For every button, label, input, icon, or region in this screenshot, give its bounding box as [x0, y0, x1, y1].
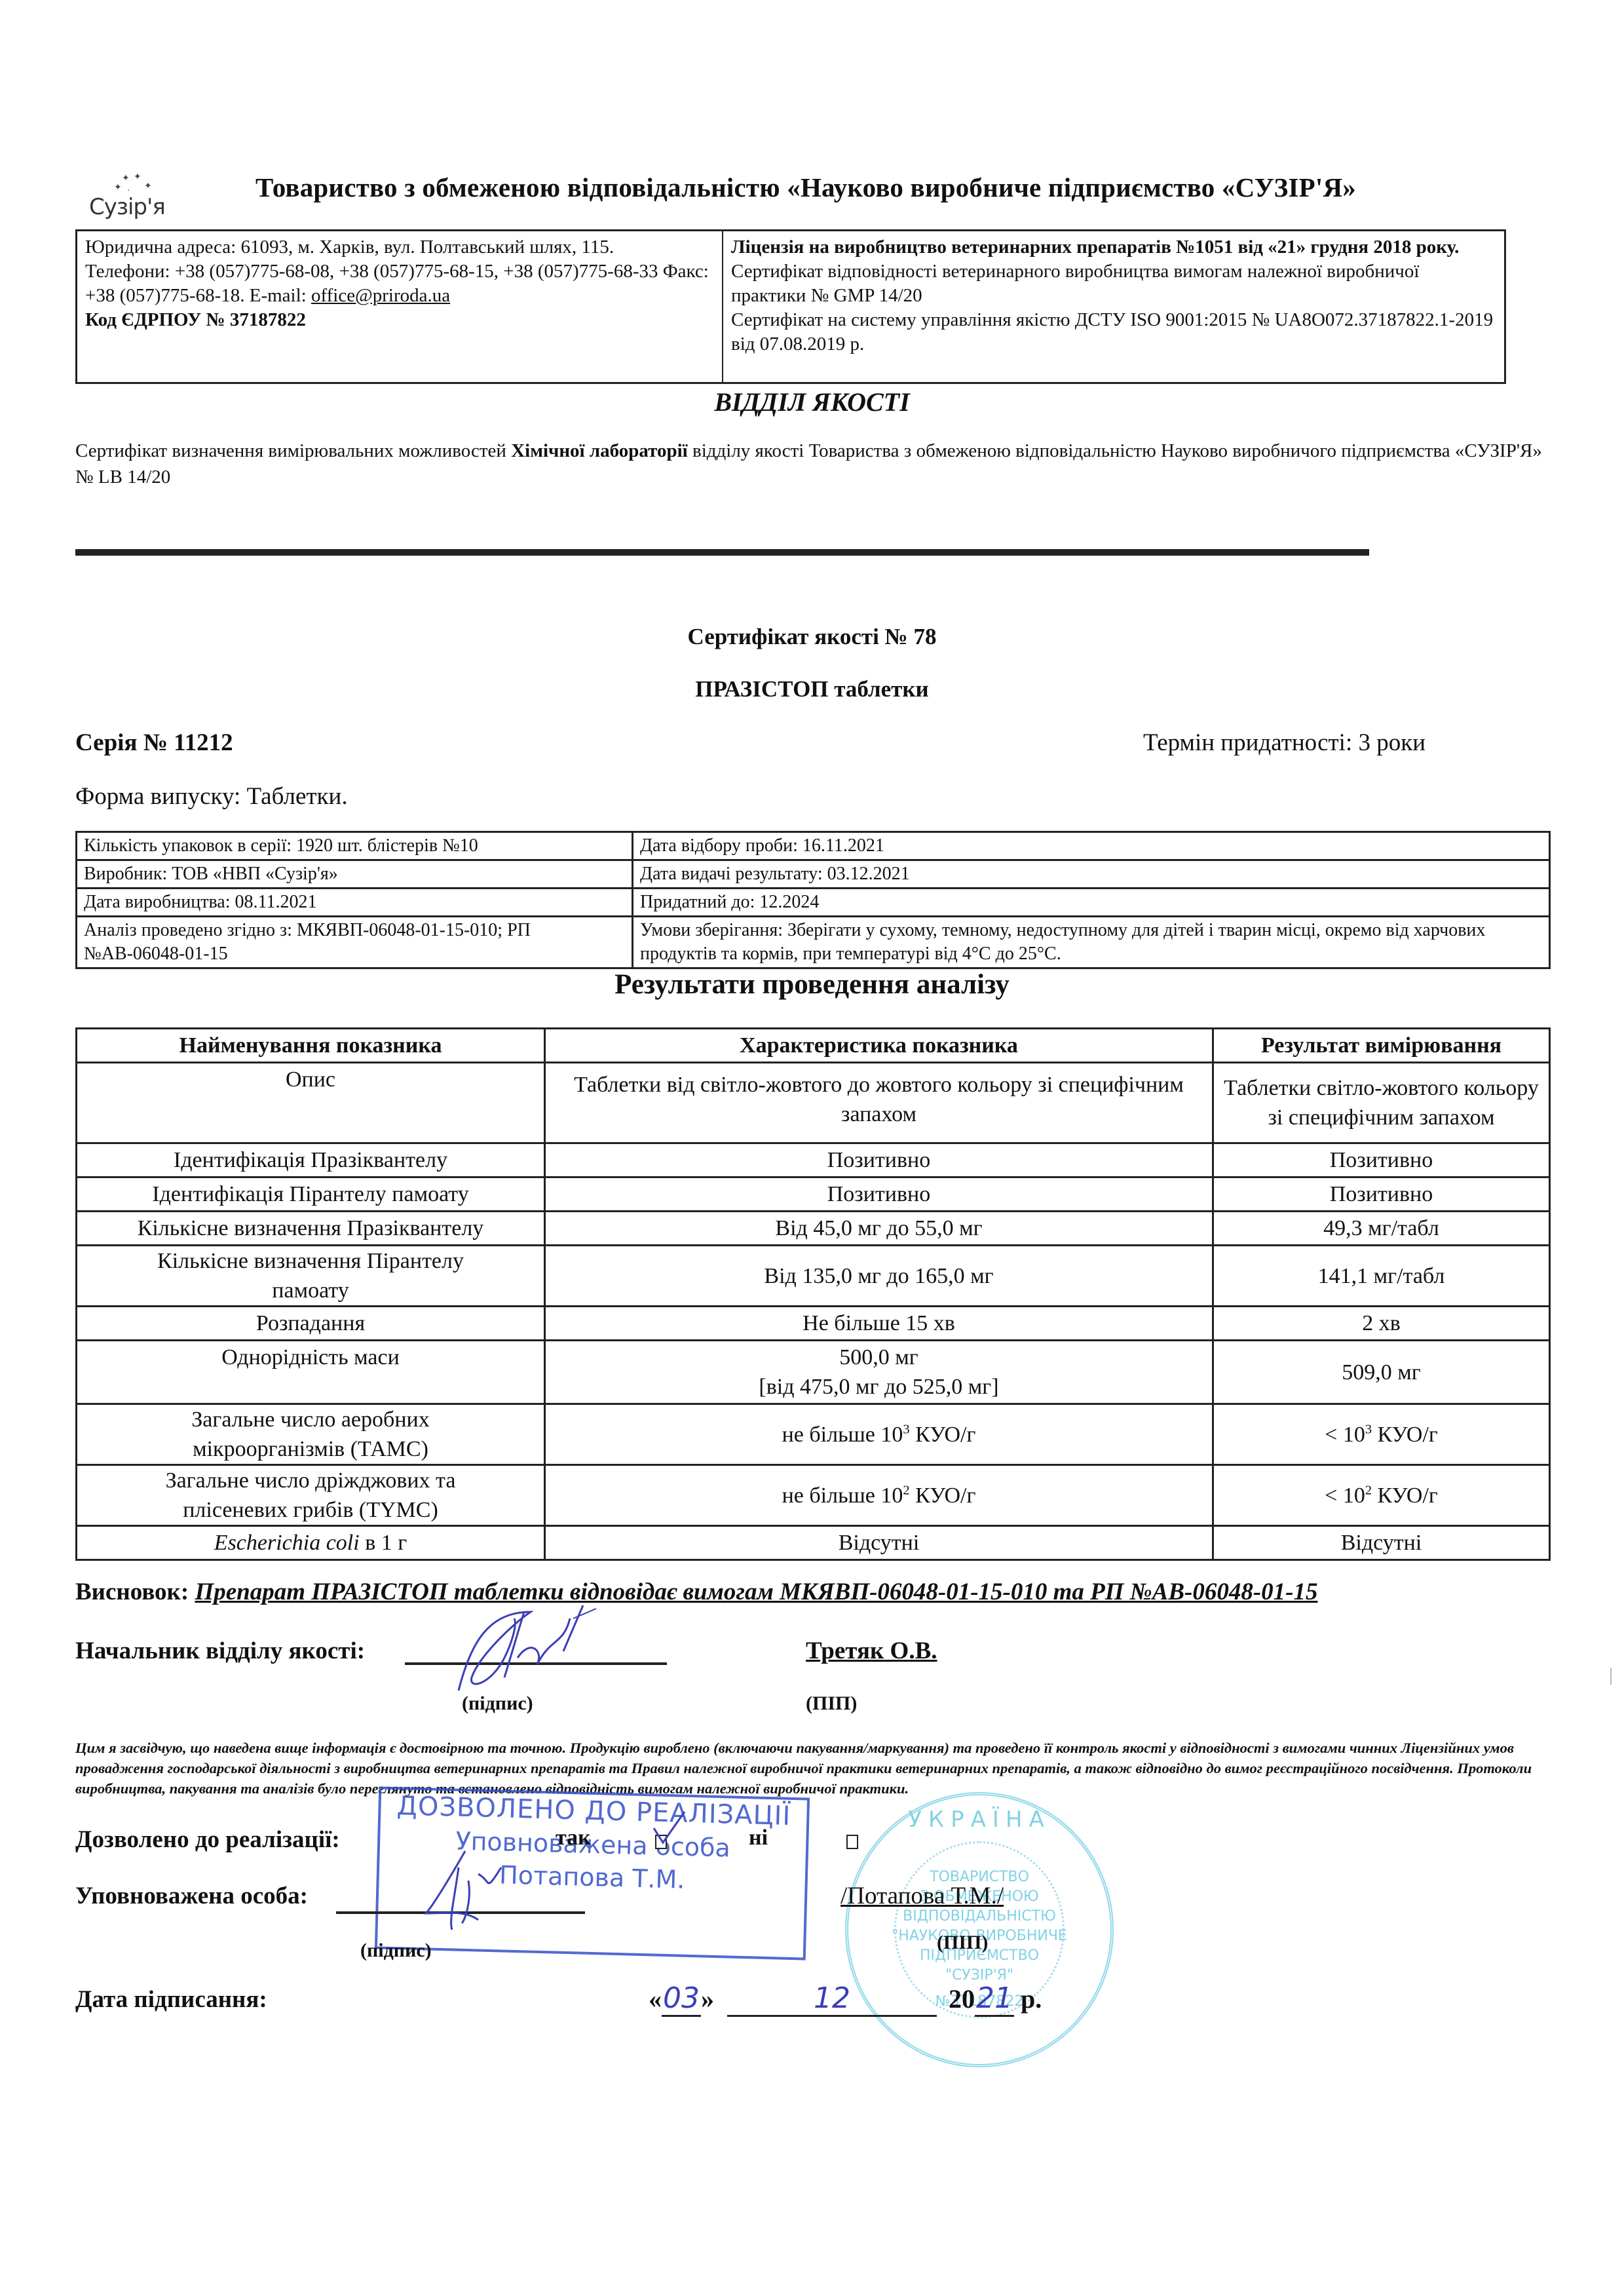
phones-fax: Телефони: +38 (057)775-68-08, +38 (057)7… [85, 259, 714, 308]
table-cell: Дата видачі результату: 03.12.2021 [633, 860, 1550, 889]
signature-icon [432, 1599, 603, 1704]
indicator-result: Відсутні [1213, 1526, 1550, 1560]
indicator-spec: Таблетки від світло-жовтого до жовтого к… [545, 1063, 1213, 1143]
scan-artifact [1610, 1668, 1612, 1685]
logo-text: Сузір'я [89, 194, 165, 220]
authorized-person-name: /Потапова Т.М./ [840, 1882, 1004, 1910]
department-title: ВІДДІЛ ЯКОСТІ [0, 387, 1624, 417]
indicator-result: 2 хв [1213, 1307, 1550, 1341]
head-of-quality-label: Начальник відділу якості: [75, 1637, 365, 1665]
indicator-result: Позитивно [1213, 1177, 1550, 1212]
table-row: Розпадання Не більше 15 хв 2 хв [77, 1307, 1550, 1341]
authorized-person-label: Уповноважена особа: [75, 1882, 308, 1910]
release-form: Форма випуску: Таблетки. [75, 782, 348, 811]
date-day[interactable]: 03 [662, 1981, 701, 2017]
indicator-spec: Від 45,0 мг до 55,0 мг [545, 1212, 1213, 1246]
table-cell: Умови зберігання: Зберігати у сухому, те… [633, 917, 1550, 968]
name-caption: (ПІП) [937, 1932, 988, 1954]
lab-certificate-text: Сертифікат визначення вимірювальних можл… [75, 438, 1562, 490]
indicator-name: Розпадання [77, 1307, 545, 1341]
table-row: Опис Таблетки від світло-жовтого до жовт… [77, 1063, 1550, 1143]
table-row: Дата виробництва: 08.11.2021 Придатний д… [77, 889, 1550, 917]
column-header: Характеристика показника [545, 1029, 1213, 1063]
indicator-name: Кількісне визначення Празіквантелу [77, 1212, 545, 1246]
iso-certificate: Сертифікат на систему управління якістю … [731, 308, 1496, 356]
table-cell: Дата виробництва: 08.11.2021 [77, 889, 633, 917]
table-row: Загальне число дріжджових та плісеневих … [77, 1465, 1550, 1526]
table-row: Escherichia coli в 1 г Відсутні Відсутні [77, 1526, 1550, 1560]
no-label: ні [749, 1826, 768, 1850]
table-row: Аналіз проведено згідно з: МКЯВП-06048-0… [77, 917, 1550, 968]
divider [75, 549, 1369, 556]
indicator-result: Таблетки світло-жовтого кольору зі специ… [1213, 1063, 1550, 1143]
indicator-result: 141,1 мг/табл [1213, 1246, 1550, 1307]
indicator-spec: Позитивно [545, 1143, 1213, 1177]
indicator-spec: Не більше 15 хв [545, 1307, 1213, 1341]
signature-caption: (підпис) [360, 1940, 432, 1962]
indicator-spec: 500,0 мг[від 475,0 мг до 525,0 мг] [545, 1341, 1213, 1404]
table-row: Однорідність маси 500,0 мг[від 475,0 мг … [77, 1341, 1550, 1404]
column-header: Результат вимірювання [1213, 1029, 1550, 1063]
checkmark-icon [649, 1808, 688, 1848]
company-logo: ✦ ✦ ✦ ✦ · Сузір'я [84, 172, 182, 224]
indicator-name: Escherichia coli в 1 г [77, 1526, 545, 1560]
company-info-box: Юридична адреса: 61093, м. Харків, вул. … [75, 229, 1506, 384]
table-cell: Кількість упаковок в серії: 1920 шт. блі… [77, 832, 633, 860]
star-icon: ✦ [114, 182, 122, 193]
company-contacts: Юридична адреса: 61093, м. Харків, вул. … [77, 231, 723, 382]
indicator-result: 509,0 мг [1213, 1341, 1550, 1404]
company-title: Товариство з обмеженою відповідальністю … [255, 172, 1356, 203]
table-row: Кількість упаковок в серії: 1920 шт. блі… [77, 832, 1550, 860]
conclusion: Висновок: Препарат ПРАЗІСТОП таблетки ві… [75, 1578, 1317, 1606]
indicator-result: Позитивно [1213, 1143, 1550, 1177]
indicator-name: Опис [77, 1063, 545, 1143]
date-month[interactable]: 12 [727, 1981, 937, 2017]
no-checkbox[interactable] [846, 1835, 858, 1849]
certificate-number: Сертифікат якості № 78 [0, 624, 1624, 650]
indicator-spec: Від 135,0 мг до 165,0 мг [545, 1246, 1213, 1307]
company-licenses: Ліцензія на виробництво ветеринарних пре… [723, 231, 1504, 382]
yes-label: так [556, 1826, 591, 1850]
edrpou-code: Код ЄДРПОУ № 37187822 [85, 308, 714, 332]
indicator-result: < 102 КУО/г [1213, 1465, 1550, 1526]
table-row: Загальне число аеробних мікроорганізмів … [77, 1404, 1550, 1465]
table-row: Ідентифікація Пірантелу памоату Позитивн… [77, 1177, 1550, 1212]
email-link[interactable]: office@priroda.ua [311, 285, 450, 306]
indicator-spec: не більше 102 КУО/г [545, 1465, 1213, 1526]
product-name: ПРАЗІСТОП таблетки [0, 676, 1624, 702]
table-cell: Придатний до: 12.2024 [633, 889, 1550, 917]
indicator-result: 49,3 мг/табл [1213, 1212, 1550, 1246]
table-row: Виробник: ТОВ «НВП «Сузір'я» Дата видачі… [77, 860, 1550, 889]
signing-date-label: Дата підписання: [75, 1985, 267, 2014]
indicator-result: < 103 КУО/г [1213, 1404, 1550, 1465]
star-icon: ✦ [122, 173, 130, 184]
signature-caption: (підпис) [462, 1693, 533, 1715]
series-number: Серія № 11212 [75, 729, 233, 757]
name-caption: (ПІП) [806, 1693, 857, 1715]
indicator-name: Однорідність маси [77, 1341, 545, 1404]
table-header-row: Найменування показника Характеристика по… [77, 1029, 1550, 1063]
indicator-name: Ідентифікація Празіквантелу [77, 1143, 545, 1177]
table-cell: Аналіз проведено згідно з: МКЯВП-06048-0… [77, 917, 633, 968]
table-row: Ідентифікація Празіквантелу Позитивно По… [77, 1143, 1550, 1177]
star-icon: ✦ [134, 172, 142, 183]
column-header: Найменування показника [77, 1029, 545, 1063]
release-allowed-label: Дозволено до реалізації: [75, 1826, 340, 1854]
table-row: Кількісне визначення Празіквантелу Від 4… [77, 1212, 1550, 1246]
gmp-certificate: Сертифікат відповідності ветеринарного в… [731, 259, 1496, 308]
indicator-name: Кількісне визначення Пірантелу памоату [77, 1246, 545, 1307]
table-cell: Виробник: ТОВ «НВП «Сузір'я» [77, 860, 633, 889]
signing-date: «03» 12 2021 р. [649, 1981, 1042, 2017]
stamp-country: УКРАЇНА [848, 1810, 1110, 1829]
star-icon: ✦ [144, 181, 152, 192]
indicator-spec: Позитивно [545, 1177, 1213, 1212]
license: Ліцензія на виробництво ветеринарних пре… [731, 235, 1496, 259]
date-year[interactable]: 21 [975, 1981, 1014, 2017]
results-table: Найменування показника Характеристика по… [75, 1027, 1551, 1561]
shelf-life: Термін придатності: 3 роки [1143, 729, 1426, 757]
indicator-name: Загальне число аеробних мікроорганізмів … [77, 1404, 545, 1465]
indicator-name: Загальне число дріжджових та плісеневих … [77, 1465, 545, 1526]
batch-info-table: Кількість упаковок в серії: 1920 шт. блі… [75, 831, 1551, 969]
indicator-name: Ідентифікація Пірантелу памоату [77, 1177, 545, 1212]
legal-address: Юридична адреса: 61093, м. Харків, вул. … [85, 235, 714, 259]
table-cell: Дата відбору проби: 16.11.2021 [633, 832, 1550, 860]
signature-icon [393, 1848, 537, 1933]
indicator-spec: не більше 103 КУО/г [545, 1404, 1213, 1465]
results-title: Результати проведення аналізу [0, 968, 1624, 1001]
round-company-stamp: УКРАЇНА ТОВАРИСТВО З ОБМЕЖЕНОЮ ВІДПОВІДА… [845, 1792, 1114, 2067]
head-of-quality-name: Третяк О.В. [806, 1637, 937, 1665]
indicator-spec: Відсутні [545, 1526, 1213, 1560]
table-row: Кількісне визначення Пірантелу памоату В… [77, 1246, 1550, 1307]
declaration-text: Цим я засвідчую, що наведена вище інформ… [75, 1738, 1562, 1799]
